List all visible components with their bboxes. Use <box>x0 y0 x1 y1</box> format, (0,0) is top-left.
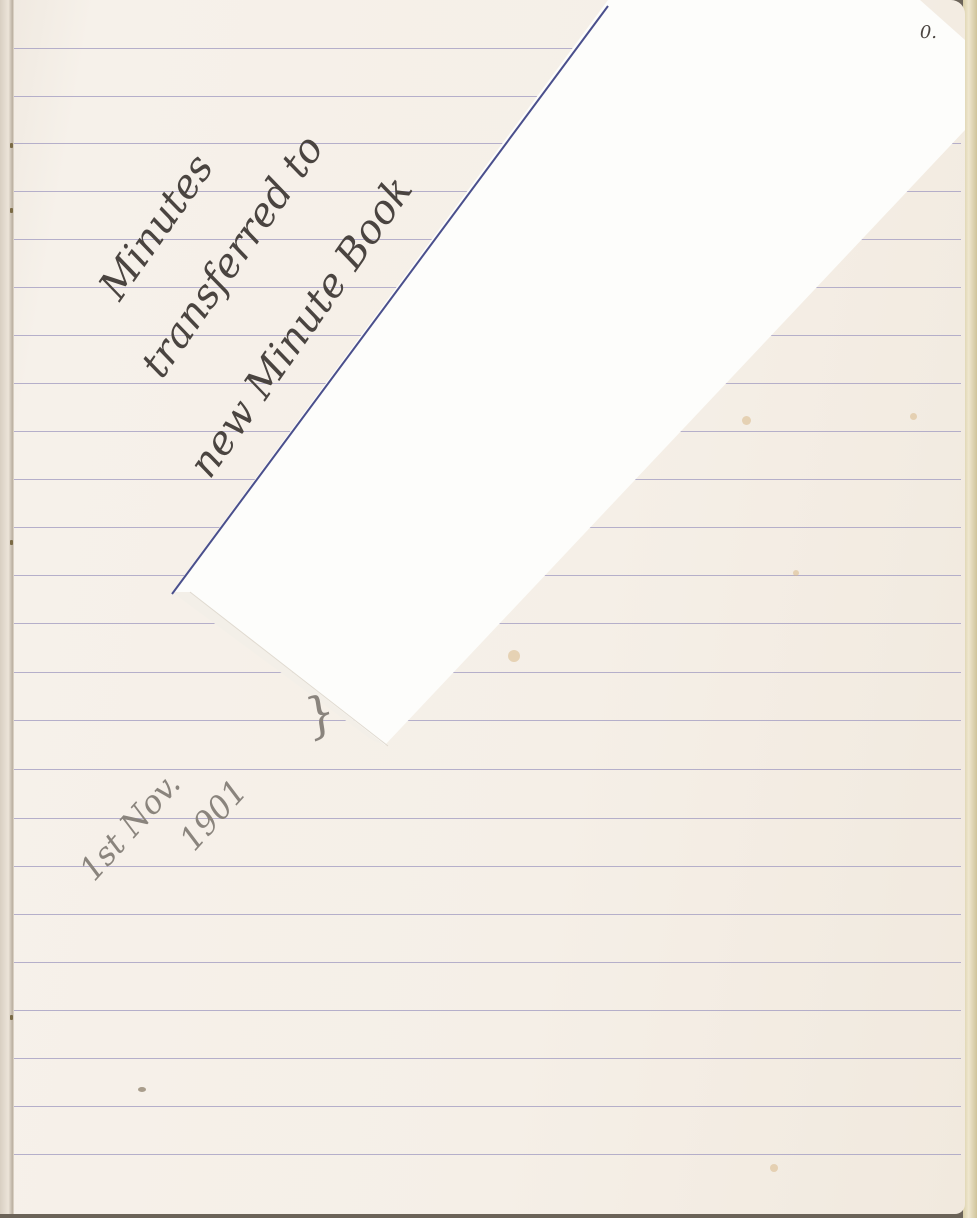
book-edge <box>963 0 977 1218</box>
foxing-spot <box>138 1087 146 1092</box>
foxing-spot <box>910 413 917 420</box>
date-bracket: } <box>296 683 344 746</box>
pasted-paper-strip <box>0 0 965 1214</box>
stitch-mark <box>10 540 13 545</box>
notebook-page: Minutes transferred to new Minute Book 1… <box>0 0 965 1214</box>
stitch-mark <box>10 208 13 213</box>
foxing-spot <box>742 416 751 425</box>
foxing-spot <box>770 1164 778 1172</box>
stitch-mark <box>10 1015 13 1020</box>
page-number: 0. <box>920 22 937 43</box>
note-line-new-minute-book: new Minute Book <box>180 168 422 486</box>
date-line-year: 1901 <box>172 772 255 858</box>
stitch-mark <box>10 143 13 148</box>
page-binding <box>0 0 14 1214</box>
foxing-spot <box>793 570 799 576</box>
date-line-day: 1st Nov. <box>72 765 188 888</box>
foxing-spot <box>508 650 520 662</box>
